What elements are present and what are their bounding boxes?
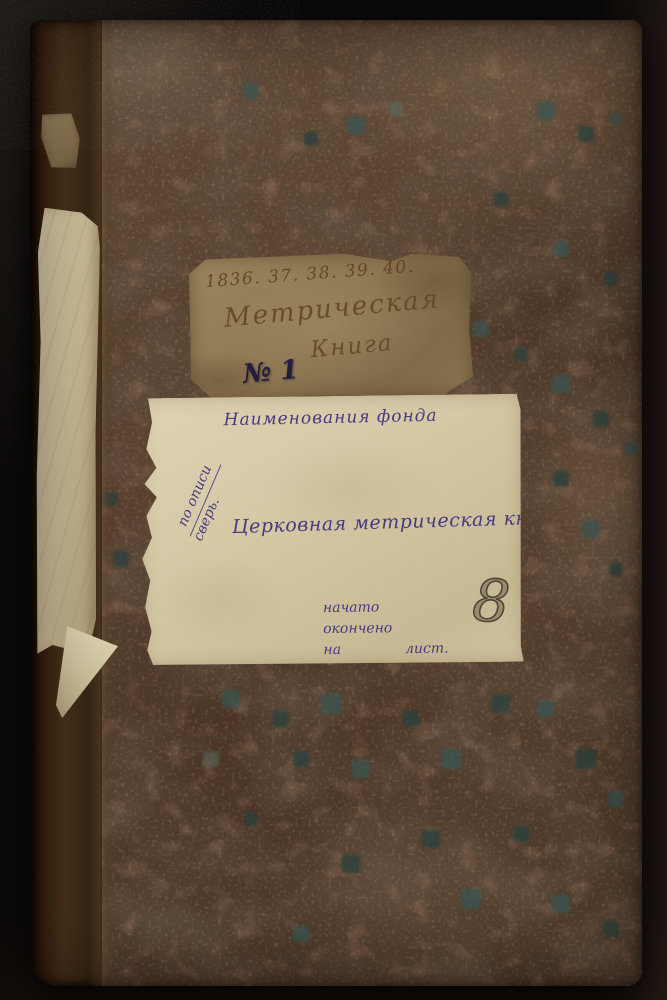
old-label-title-line2: Книга [309, 330, 394, 363]
started-line: начато [323, 597, 448, 620]
finished-line: окончено [323, 618, 448, 641]
archive-label-header: Наименования фонда [140, 404, 520, 432]
old-label-number: № 1 [242, 355, 300, 390]
pencil-number: 8 [471, 571, 512, 632]
old-label-years: 1836. 37. 38. 39. 40. [204, 257, 415, 292]
old-title-label: 1836. 37. 38. 39. 40. Метрическая Книга … [189, 251, 474, 401]
archive-label-title: Церковная метрическая книга [232, 506, 564, 538]
sheets-line-on: на [323, 640, 341, 661]
sheets-line-blank [341, 639, 405, 661]
paper-strip [34, 208, 101, 655]
spine-label-remnant [38, 109, 85, 172]
book-cover: 1836. 37. 38. 39. 40. Метрическая Книга … [30, 20, 642, 986]
sheets-line: на лист. [323, 639, 448, 662]
old-label-title-line1: Метрическая [223, 284, 441, 333]
archive-label-dates-block: начато окончено на лист. [323, 597, 449, 662]
sheets-line-sheets: лист. [405, 639, 449, 661]
photo-backdrop: 1836. 37. 38. 39. 40. Метрическая Книга … [0, 0, 667, 1000]
archive-side-note: по описи сверь. [154, 415, 255, 586]
archive-label: Наименования фонда по описи сверь. Церко… [140, 394, 523, 667]
